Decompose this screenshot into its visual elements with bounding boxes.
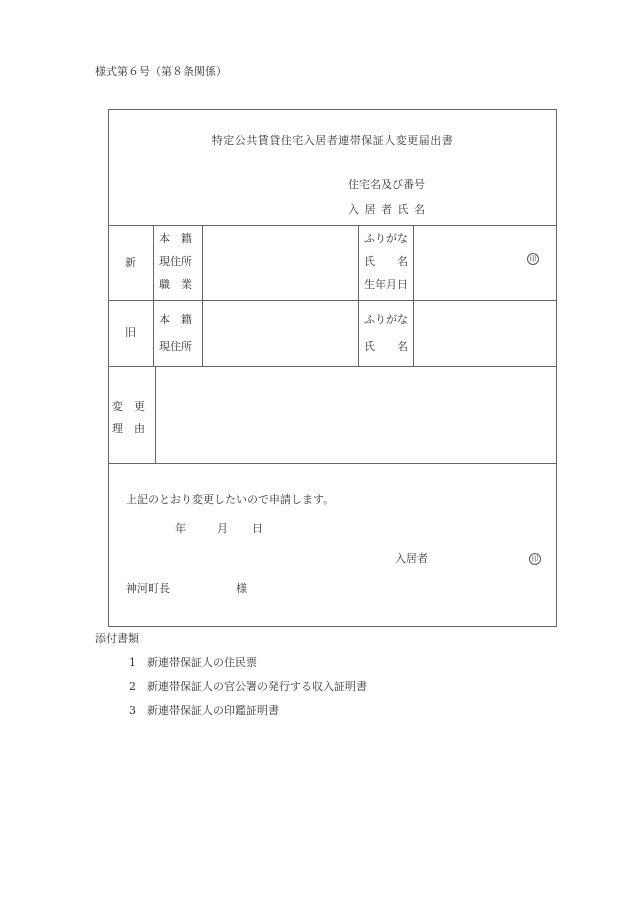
- change-reason-label: 変 更 理 由: [112, 401, 146, 435]
- attachment-item-text: 新連帯保証人の住民票: [147, 657, 257, 669]
- new-name-label: 氏 名: [364, 256, 409, 268]
- seal-icon-applicant: 印: [529, 553, 541, 565]
- new-furigana-label: ふりがな: [364, 233, 409, 245]
- new-birth-date-label: 生年月日: [364, 279, 409, 291]
- date-year-label: 年: [175, 523, 186, 535]
- form-number-label: 様式第６号（第８条関係）: [95, 66, 227, 78]
- row-label-new: 新: [108, 226, 153, 300]
- row-label-old: 旧: [108, 300, 153, 366]
- old-name-label: 氏 名: [364, 341, 409, 353]
- old-furigana-label: ふりがな: [364, 314, 409, 326]
- new-occupation-label: 職 業: [159, 279, 193, 291]
- new-current-address-label: 現住所: [159, 256, 193, 268]
- new-registered-domicile-label: 本 籍: [159, 233, 193, 245]
- attachment-item-number: 2: [129, 681, 136, 693]
- recipient-name: 神河町長: [126, 583, 170, 595]
- attachment-item-number: 3: [129, 705, 136, 717]
- application-statement: 上記のとおり変更したいので申請します。: [126, 494, 334, 506]
- resident-name-label: 入 居 者 氏 名: [348, 204, 426, 216]
- change-reason-label-line2: 理 由: [112, 423, 146, 435]
- old-field-labels: 本 籍 現住所: [159, 314, 193, 353]
- date-day-label: 日: [252, 523, 263, 535]
- grid-line: [153, 225, 154, 366]
- grid-line: [108, 463, 557, 464]
- new-field-labels: 本 籍 現住所 職 業: [159, 233, 193, 291]
- attachments-heading: 添付書類: [95, 633, 139, 645]
- new-name-field-labels: ふりがな 氏 名 生年月日: [364, 233, 409, 291]
- old-registered-domicile-label: 本 籍: [159, 314, 193, 326]
- attachment-item-text: 新連帯保証人の官公署の発行する収入証明書: [147, 681, 367, 693]
- old-details-blank-cell: [203, 301, 358, 366]
- new-details-blank-cell: [203, 226, 358, 300]
- applicant-label: 入居者: [395, 553, 428, 565]
- change-reason-label-line1: 変 更: [112, 401, 146, 413]
- attachment-item-text: 新連帯保証人の印鑑証明書: [147, 705, 279, 717]
- old-current-address-label: 現住所: [159, 341, 193, 353]
- change-reason-blank-cell: [156, 367, 557, 463]
- old-name-field-labels: ふりがな 氏 名: [364, 314, 409, 353]
- document-page: 様式第６号（第８条関係） 特定公共賃貸住宅入居者連帯保証人変更届出書 住宅名及び…: [0, 0, 630, 915]
- housing-name-label: 住宅名及び番号: [348, 179, 425, 191]
- seal-icon-new-guarantor: 印: [527, 253, 539, 265]
- old-name-blank-cell: [414, 301, 557, 366]
- recipient-honorific: 様: [236, 583, 247, 595]
- date-month-label: 月: [217, 523, 228, 535]
- form-title: 特定公共賃貸住宅入居者連帯保証人変更届出書: [108, 135, 557, 147]
- grid-line: [358, 225, 359, 366]
- attachment-item-number: 1: [129, 657, 136, 669]
